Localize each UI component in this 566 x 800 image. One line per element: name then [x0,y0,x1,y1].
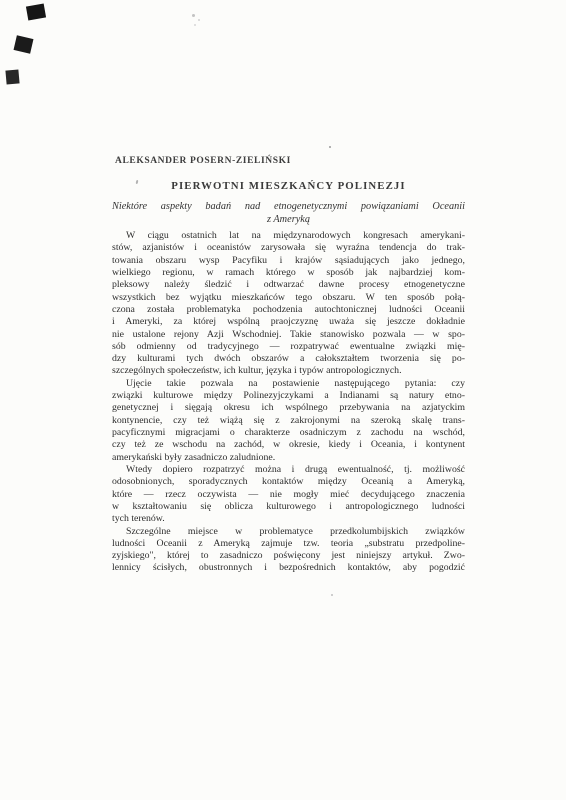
text-line: nie ustalone rejony Azji Wschodniej. Tak… [112,329,465,341]
text-line: zyjskiego", której to zasadniczo poświęc… [112,550,465,562]
text-line: stów, azjanistów i oceanistów zarysowała… [112,242,465,254]
text-line: dzy kulturami tych dwóch obszarów a cało… [112,353,465,365]
text-line: Wtedy dopiero rozpatrzyć można i drugą e… [112,464,465,476]
article-subtitle-line-2: z Ameryką [112,214,465,225]
text-line: wielkiego regionu, w ramach którego w sp… [112,267,465,279]
text-line: pleksowy należy śledzić i odtwarzać dawn… [112,279,465,291]
text-line: związki kulturowe między Polinezyjczykam… [112,390,465,402]
text-line: kontynencie, czy też wiążą się z zakrojo… [112,415,465,427]
text-line: wszystkich bez wyjątku mieszkańców tego … [112,292,465,304]
text-line: genetycznej i sięgają okresu ich wspólne… [112,402,465,414]
text-line: pacyficznymi migracjami o charakterze os… [112,427,465,439]
text-line: szczególnych społeczeństw, ich kultur, j… [112,365,465,377]
text-line: amerykański były zasadniczo zaludnione. [112,452,465,464]
text-line: towania obszaru wysp Pacyfiku i krajów s… [112,255,465,267]
text-line: odosobnionych, sporadycznych kontaktów m… [112,476,465,488]
text-line: i Ameryki, za której wspólną praojczyznę… [112,316,465,328]
scan-speck [194,24,196,26]
scan-corner-mark [14,35,34,53]
author-name: ALEKSANDER POSERN-ZIELIŃSKI [115,156,291,166]
text-line: czona została problematyka pochodzenia a… [112,304,465,316]
text-line: tych terenów. [112,513,465,525]
text-line: Ujęcie takie pozwala na postawienie nast… [112,378,465,390]
text-line: lennicy ścisłych, obustronnych i bezpośr… [112,562,465,574]
text-line: Szczególne miejsce w problematyce przedk… [112,526,465,538]
text-line: sób odmienny od tradycyjnego — rozpatryw… [112,341,465,353]
text-line: ludności Oceanii z Ameryką zajmuje tzw. … [112,538,465,550]
scan-corner-mark [26,4,46,21]
article-title: PIERWOTNI MIESZKAŃCY POLINEZJI [112,180,465,192]
scanned-paper-page: ALEKSANDER POSERN-ZIELIŃSKI PIERWOTNI MI… [0,0,566,800]
text-line: w kształtowaniu się oblicza kulturowego … [112,501,465,513]
scan-speck [192,14,195,17]
scan-speck [331,594,333,596]
scan-corner-mark [5,69,19,84]
text-line: które — rzecz oczywista — nie mogły mieć… [112,489,465,501]
body-text: W ciągu ostatnich lat na międzynarodowyc… [112,230,465,575]
text-line: czy też ze wschodu na zachód, w okresie,… [112,439,465,451]
article-subtitle-line-1: Niektóre aspekty badań nad etnogenetyczn… [112,201,465,212]
scan-speck [198,19,200,21]
text-line: W ciągu ostatnich lat na międzynarodowyc… [112,230,465,242]
scan-speck [329,146,331,148]
